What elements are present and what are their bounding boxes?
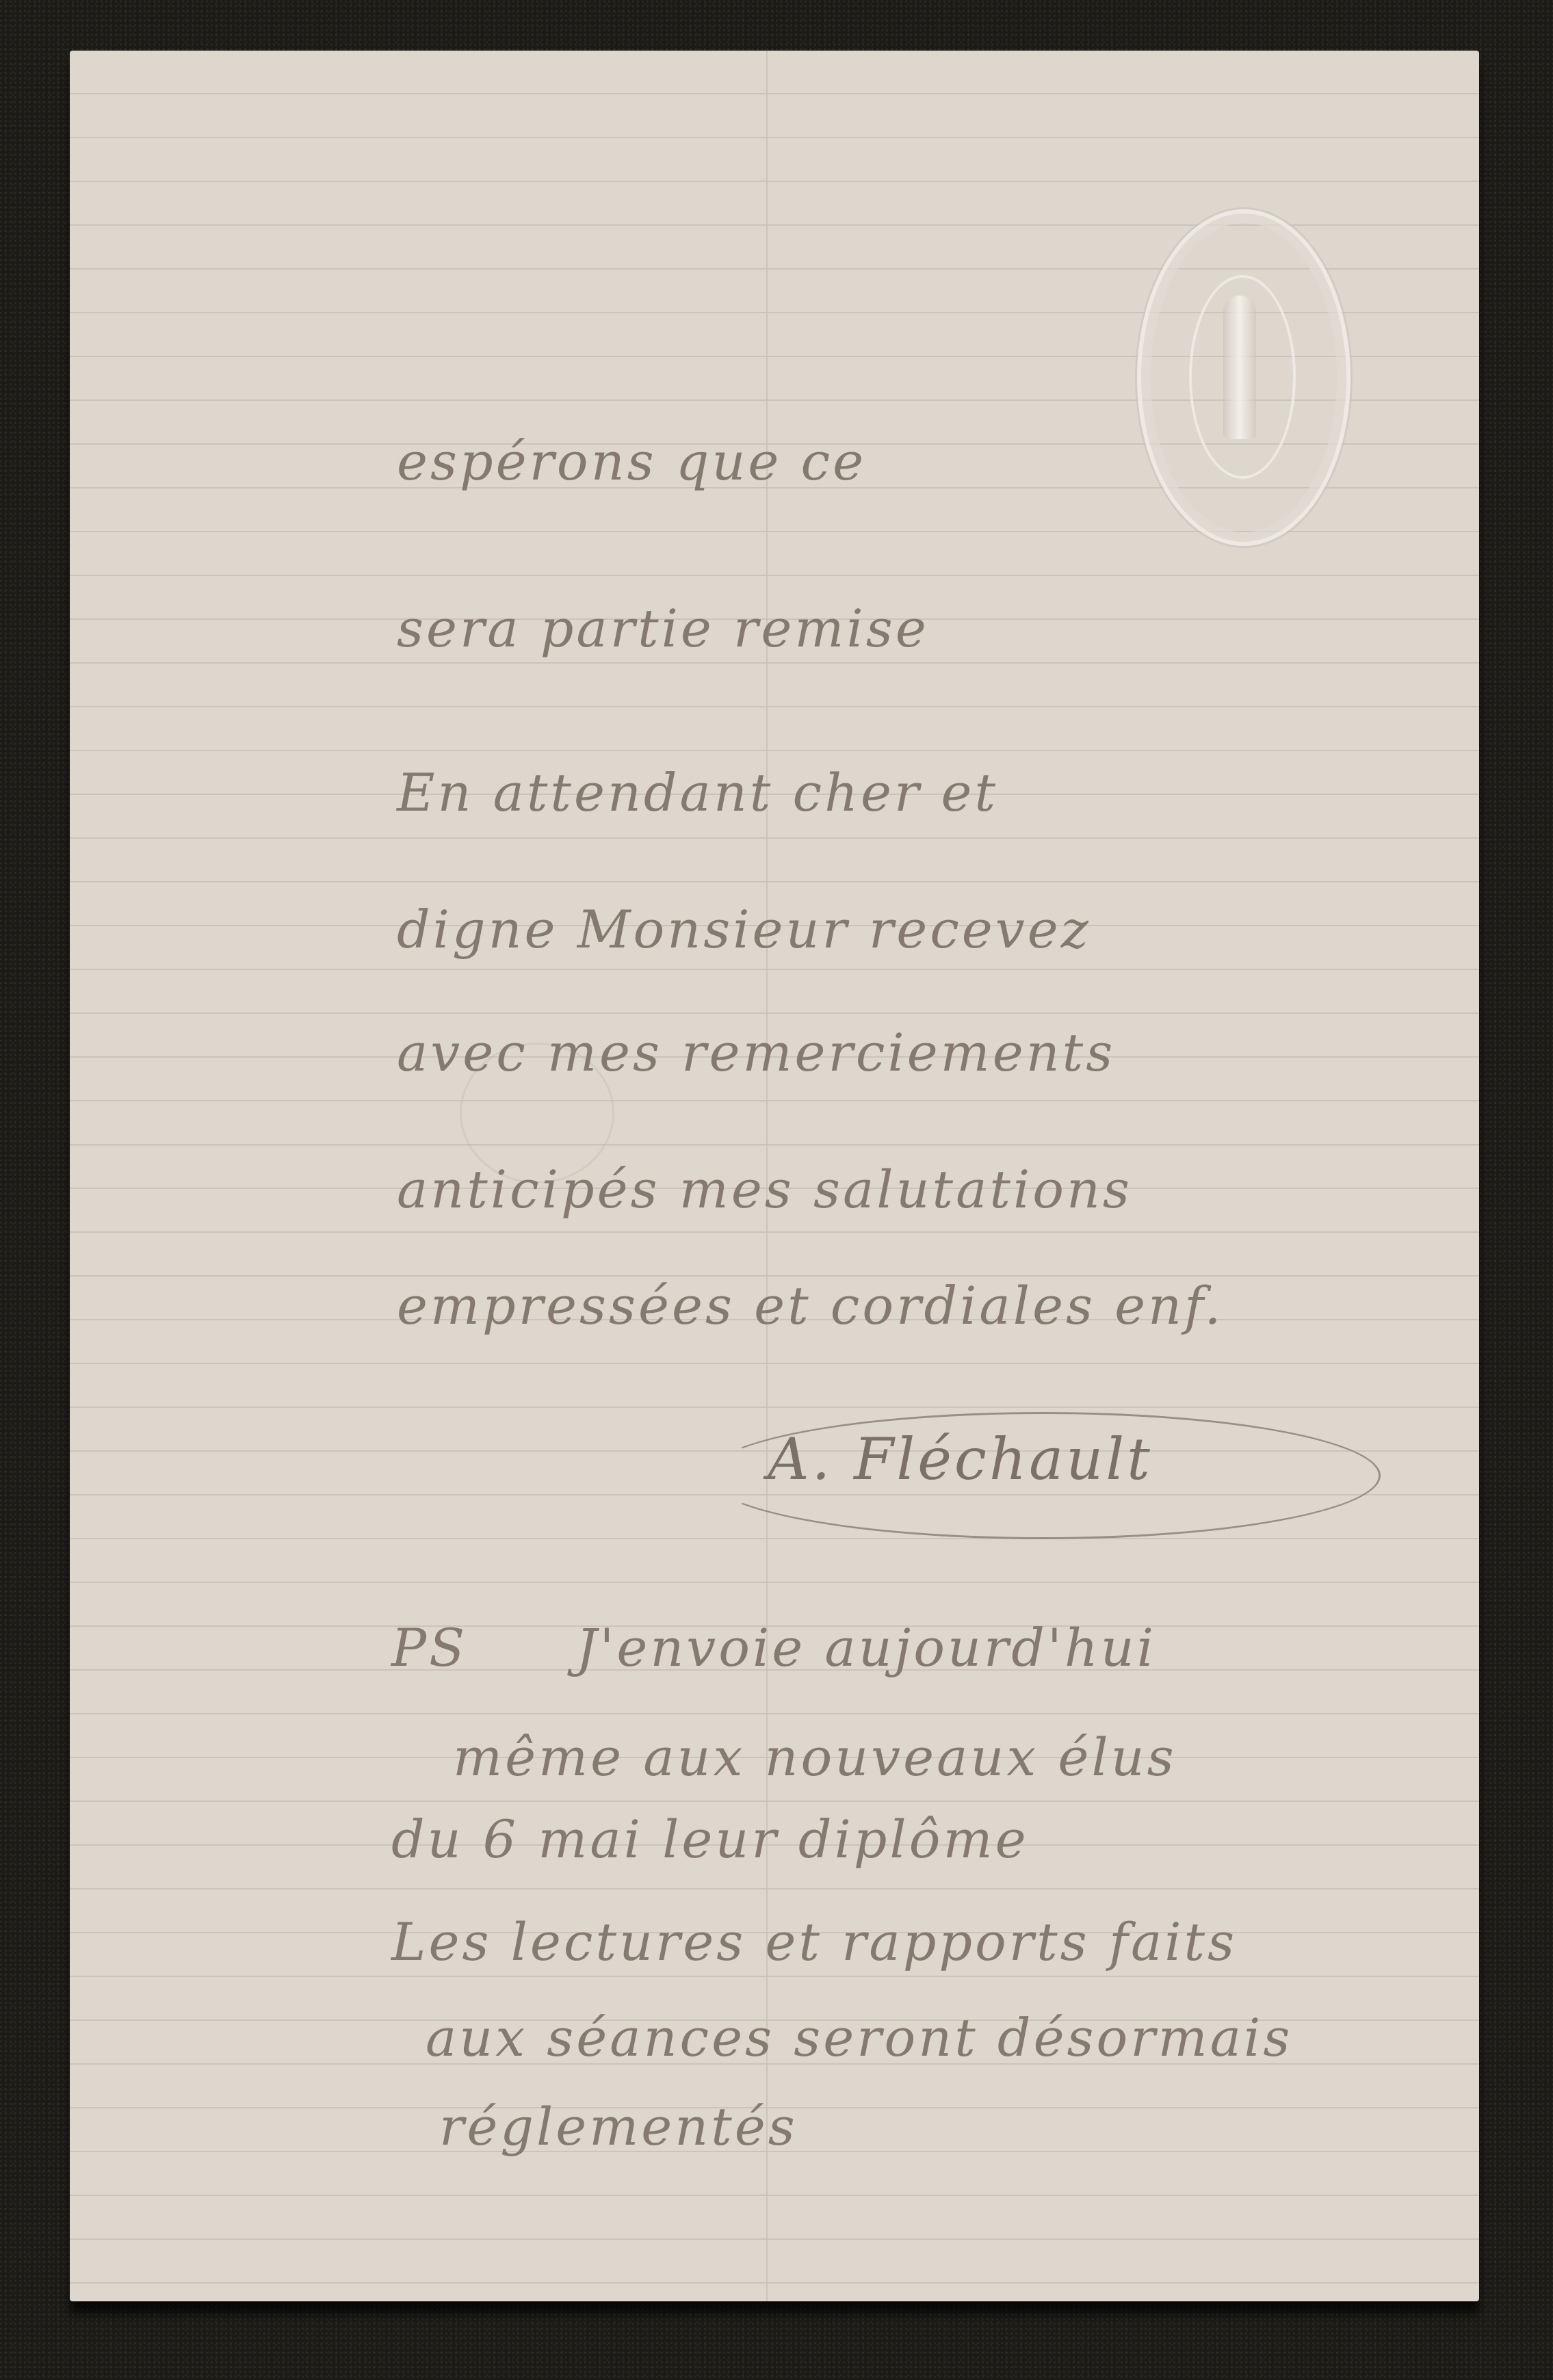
body-line-2: sera partie remise	[397, 598, 929, 659]
letter-page: espérons que ce sera partie remise En at…	[70, 51, 1479, 2301]
ps-line-3: du 6 mai leur diplôme	[391, 1809, 1029, 1870]
body-line-6: anticipés mes salutations	[397, 1159, 1132, 1220]
ps-line-1: J'envoie aujourd'hui	[576, 1617, 1156, 1678]
signature: A. Fléchault	[768, 1426, 1153, 1493]
ps-line-2: même aux nouveaux élus	[453, 1727, 1177, 1788]
postscript-marker: PS	[391, 1617, 467, 1678]
ps-line-5: aux séances seront désormais	[426, 2007, 1292, 2068]
body-line-7: empressées et cordiales enf.	[397, 1275, 1224, 1336]
ps-line-4: Les lectures et rapports faits	[391, 1911, 1237, 1972]
body-line-1: espérons que ce	[397, 431, 866, 492]
body-line-5: avec mes remerciements	[397, 1022, 1115, 1083]
ps-line-6: réglementés	[439, 2096, 798, 2157]
body-line-3: En attendant cher et	[397, 762, 998, 823]
letter-text: espérons que ce sera partie remise En at…	[70, 51, 1479, 2301]
body-line-4: digne Monsieur recevez	[397, 899, 1091, 960]
